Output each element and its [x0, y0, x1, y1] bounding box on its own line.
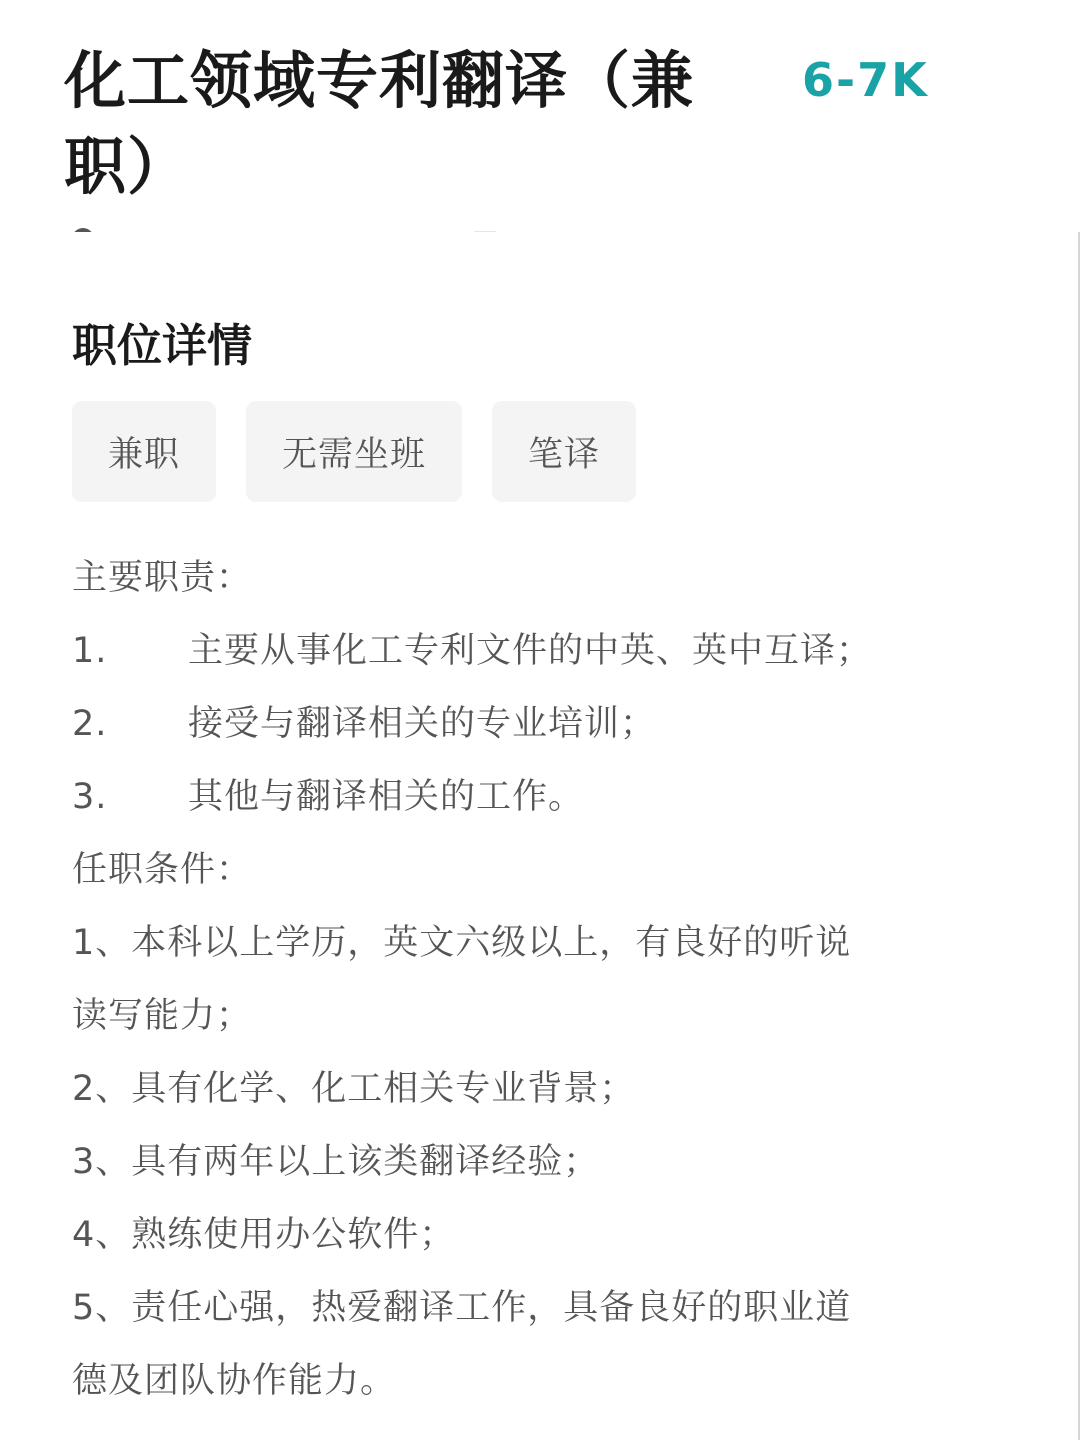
requirement-line: 读写能力；	[72, 980, 992, 1053]
section-title: 职位详情	[72, 316, 252, 376]
job-title: 化工领域专利翻译（兼 职）	[64, 38, 744, 210]
requirement-line: 3、具有两年以上该类翻译经验；	[72, 1126, 992, 1199]
item-text: 接受与翻译相关的专业培训；	[188, 688, 656, 761]
tag-remote[interactable]: 无需坐班	[246, 401, 462, 502]
responsibility-item: 1. 主要从事化工专利文件的中英、英中互译；	[72, 615, 992, 688]
requirement-line: 2、具有化学、化工相关专业背景；	[72, 1053, 992, 1126]
responsibility-item: 2. 接受与翻译相关的专业培训；	[72, 688, 992, 761]
requirement-line: 4、熟练使用办公软件；	[72, 1199, 992, 1272]
job-header: 化工领域专利翻译（兼 职） 6-7K	[0, 0, 1080, 232]
responsibility-item: 3. 其他与翻译相关的工作。	[72, 761, 992, 834]
job-details-card: 职位详情 兼职 无需坐班 笔译 主要职责： 1. 主要从事化工专利文件的中英、英…	[0, 232, 1080, 1440]
job-title-line-1: 化工领域专利翻译（兼	[64, 44, 694, 117]
salary-range: 6-7K	[802, 52, 929, 108]
requirement-line: 1、本科以上学历，英文六级以上，有良好的听说	[72, 907, 992, 980]
item-number: 1.	[72, 615, 188, 688]
requirements-heading: 任职条件：	[72, 834, 992, 907]
tag-written-translation[interactable]: 笔译	[492, 401, 636, 502]
requirement-line: 德及团队协作能力。	[72, 1345, 992, 1418]
tag-part-time[interactable]: 兼职	[72, 401, 216, 502]
job-description: 主要职责： 1. 主要从事化工专利文件的中英、英中互译； 2. 接受与翻译相关的…	[72, 542, 992, 1418]
requirement-line: 5、责任心强，热爱翻译工作，具备良好的职业道	[72, 1272, 992, 1345]
item-text: 主要从事化工专利文件的中英、英中互译；	[188, 615, 872, 688]
job-tags: 兼职 无需坐班 笔译	[72, 401, 636, 502]
item-number: 3.	[72, 761, 188, 834]
item-number: 2.	[72, 688, 188, 761]
job-title-line-2: 职）	[64, 130, 190, 203]
item-text: 其他与翻译相关的工作。	[188, 761, 584, 834]
responsibilities-heading: 主要职责：	[72, 542, 992, 615]
